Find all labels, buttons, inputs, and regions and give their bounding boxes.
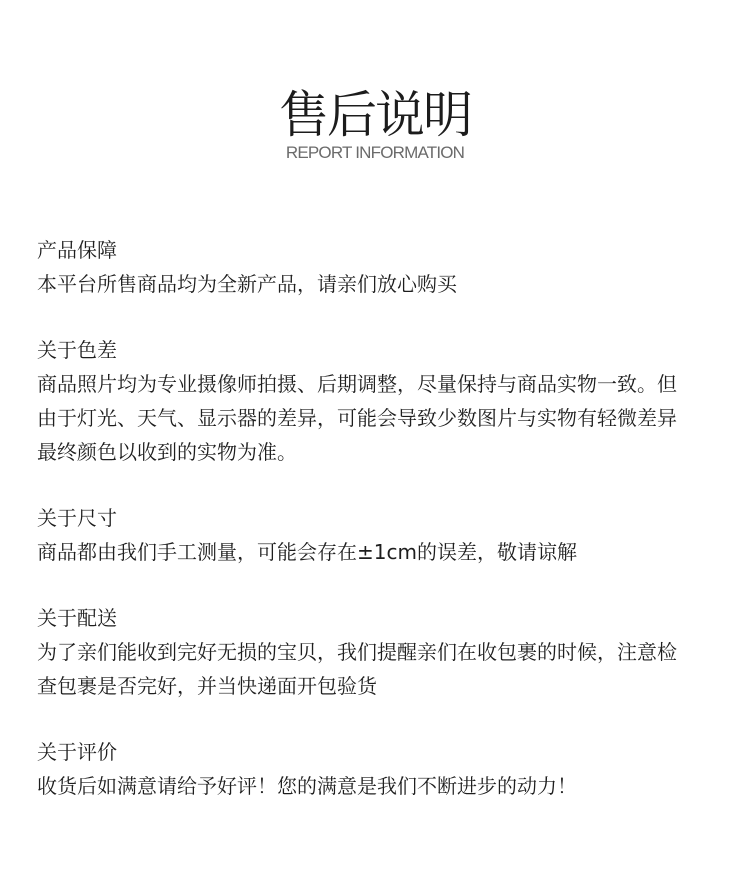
page-header: 售后说明 REPORT INFORMATION — [0, 84, 750, 163]
section-text: 最终颜色以收到的实物为准。 — [37, 435, 717, 469]
section-text: 为了亲们能收到完好无损的宝贝，我们提醒亲们在收包裹的时候，注意检 — [37, 635, 717, 669]
section-text: 查包裹是否完好，并当快递面开包验货 — [37, 669, 717, 703]
section-heading: 关于配送 — [37, 601, 717, 635]
section-heading: 产品保障 — [37, 233, 717, 267]
section-heading: 关于评价 — [37, 735, 717, 769]
section-text: 商品都由我们手工测量，可能会存在±1cm的误差，敬请谅解 — [37, 535, 717, 569]
section-product-guarantee: 产品保障 本平台所售商品均为全新产品，请亲们放心购买 — [37, 233, 717, 301]
section-color-difference: 关于色差 商品照片均为专业摄像师拍摄、后期调整，尽量保持与商品实物一致。但 由于… — [37, 333, 717, 469]
section-text: 商品照片均为专业摄像师拍摄、后期调整，尽量保持与商品实物一致。但 — [37, 367, 717, 401]
section-heading: 关于色差 — [37, 333, 717, 367]
section-review: 关于评价 收货后如满意请给予好评！您的满意是我们不断进步的动力！ — [37, 735, 717, 803]
section-size: 关于尺寸 商品都由我们手工测量，可能会存在±1cm的误差，敬请谅解 — [37, 501, 717, 569]
section-text: 收货后如满意请给予好评！您的满意是我们不断进步的动力！ — [37, 769, 717, 803]
section-text: 由于灯光、天气、显示器的差异，可能会导致少数图片与实物有轻微差异 — [37, 401, 717, 435]
section-delivery: 关于配送 为了亲们能收到完好无损的宝贝，我们提醒亲们在收包裹的时候，注意检 查包… — [37, 601, 717, 703]
section-text: 本平台所售商品均为全新产品，请亲们放心购买 — [37, 267, 717, 301]
page-title: 售后说明 — [0, 84, 750, 146]
after-sales-content: 产品保障 本平台所售商品均为全新产品，请亲们放心购买 关于色差 商品照片均为专业… — [37, 233, 717, 835]
page-subtitle: REPORT INFORMATION — [0, 143, 750, 163]
section-heading: 关于尺寸 — [37, 501, 717, 535]
